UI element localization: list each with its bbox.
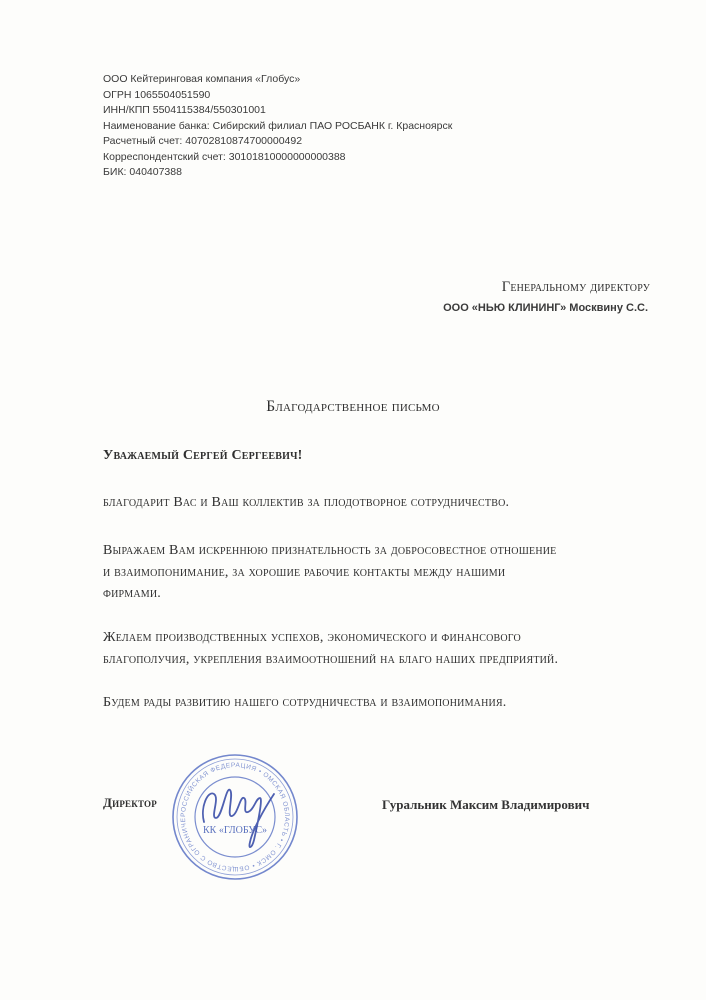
signatory-name: Гуральник Максим Владимирович [382, 797, 589, 813]
sender-bik: БИК: 040407388 [103, 165, 452, 181]
paragraph-1-line-1: благодарит Вас и Ваш коллектив за плодот… [103, 495, 509, 511]
stamp-seal-icon: РОССИЙСКАЯ ФЕДЕРАЦИЯ • ОМСКАЯ ОБЛАСТЬ • … [170, 752, 300, 882]
sender-requisites: ООО Кейтеринговая компания «Глобус» ОГРН… [103, 72, 452, 181]
sender-ogrn: ОГРН 1065504051590 [103, 88, 452, 104]
salutation: Уважаемый Сергей Сергеевич! [103, 448, 303, 464]
sender-correspondent-account: Корреспондентский счет: 3010181000000000… [103, 150, 452, 166]
paragraph-3-line-2: благополучия, укрепления взаимоотношений… [103, 652, 558, 668]
sender-settlement-account: Расчетный счет: 40702810874700000492 [103, 134, 452, 150]
paragraph-3-line-1: Желаем производственных успехов, экономи… [103, 630, 521, 646]
paragraph-4-line-1: Будем рады развитию нашего сотрудничеств… [103, 695, 507, 711]
sender-bank-name: Наименование банка: Сибирский филиал ПАО… [103, 119, 452, 135]
addressee-company-name: ООО «НЬЮ КЛИНИНГ» Москвину С.С. [443, 302, 648, 314]
signature-position: Директор [103, 795, 157, 811]
addressee-position: Генеральному директору [502, 279, 650, 296]
company-stamp: РОССИЙСКАЯ ФЕДЕРАЦИЯ • ОМСКАЯ ОБЛАСТЬ • … [170, 752, 300, 882]
sender-inn-kpp: ИНН/КПП 5504115384/550301001 [103, 103, 452, 119]
sender-company-name: ООО Кейтеринговая компания «Глобус» [103, 72, 452, 88]
paragraph-2-line-3: фирмами. [103, 586, 161, 602]
letter-title: Благодарственное письмо [0, 398, 706, 416]
paragraph-2-line-1: Выражаем Вам искреннюю признательность з… [103, 543, 556, 559]
paragraph-2-line-2: и взаимопонимание, за хорошие рабочие ко… [103, 565, 505, 581]
